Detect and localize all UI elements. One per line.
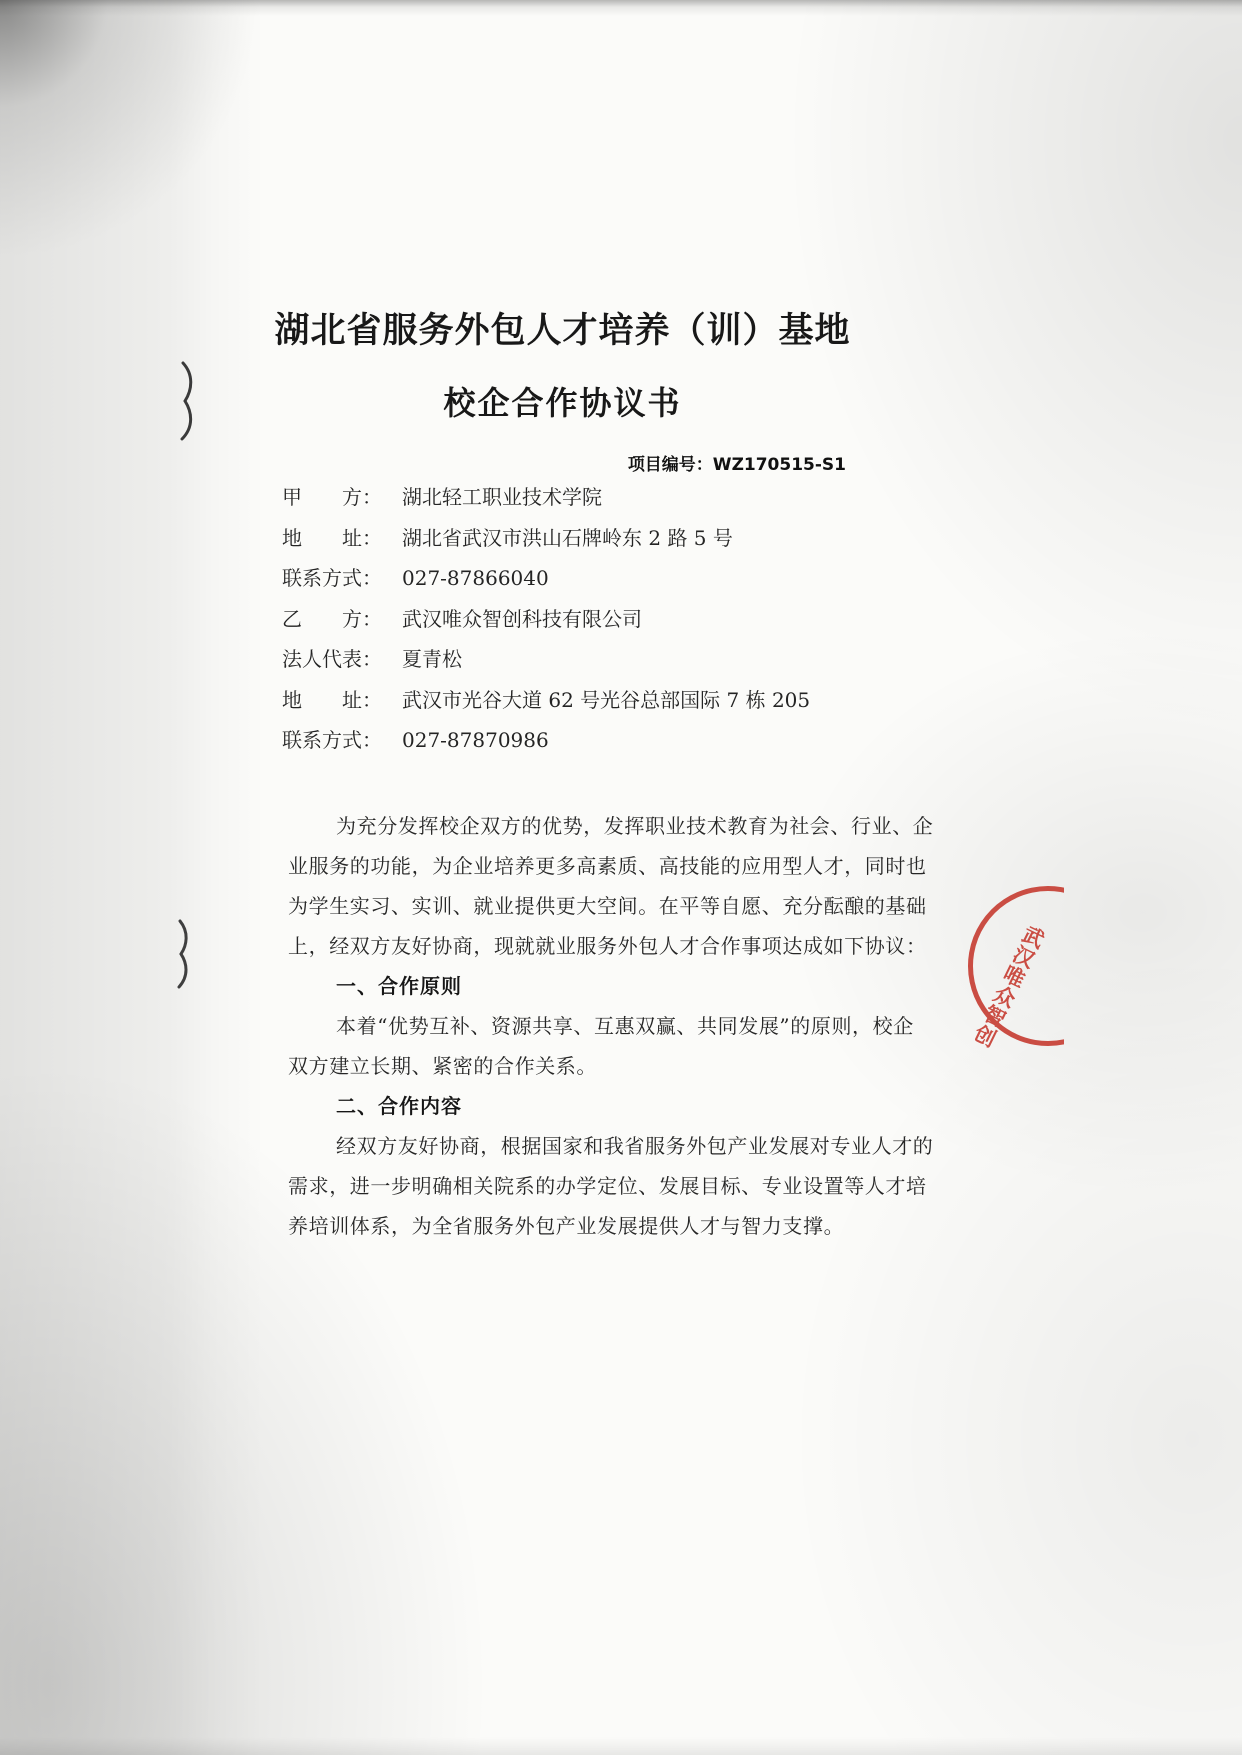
body-line: 为学生实习、实训、就业提供更大空间。在平等自愿、充分酝酿的基础: [288, 886, 920, 926]
section-heading-1: 一、合作原则: [288, 966, 920, 1006]
body-line: 养培训体系，为全省服务外包产业发展提供人才与智力支撑。: [288, 1206, 920, 1246]
party-label: 甲 方：: [282, 482, 382, 512]
party-label: 联系方式：: [282, 725, 382, 755]
body-line: 业服务的功能，为企业培养更多高素质、高技能的应用型人才，同时也: [288, 846, 920, 886]
party-label: 乙 方：: [282, 604, 382, 634]
document-subtitle: 校企合作协议书: [240, 378, 885, 424]
party-label: 地 址：: [282, 523, 382, 553]
party-value: 027-87866040: [402, 566, 549, 590]
party-row-jiafang: 甲 方：湖北轻工职业技术学院: [282, 482, 922, 523]
party-label: 法人代表：: [282, 644, 382, 674]
agreement-body: 为充分发挥校企双方的优势，发挥职业技术教育为社会、行业、企 业服务的功能，为企业…: [288, 806, 920, 1246]
party-value: 武汉市光谷大道 62 号光谷总部国际 7 栋 205: [402, 688, 810, 712]
seal-circle-icon: 武汉唯众智创: [966, 880, 1064, 1052]
party-value: 湖北轻工职业技术学院: [402, 485, 602, 509]
scan-binding-mark: [176, 360, 202, 442]
party-row-address-a: 地 址：湖北省武汉市洪山石牌岭东 2 路 5 号: [282, 523, 922, 564]
document-title: 湖北省服务外包人才培养（训）基地: [240, 303, 885, 353]
party-label: 联系方式：: [282, 563, 382, 593]
seal-text: 武汉唯众智创: [966, 918, 1047, 1050]
party-value: 夏青松: [402, 647, 462, 671]
party-row-yifang: 乙 方：武汉唯众智创科技有限公司: [282, 604, 922, 645]
body-line: 上，经双方友好协商，现就就业服务外包人才合作事项达成如下协议：: [288, 926, 920, 966]
body-line: 经双方友好协商，根据国家和我省服务外包产业发展对专业人才的: [288, 1126, 920, 1166]
party-row-contact-a: 联系方式：027-87866040: [282, 563, 922, 604]
company-seal: 武汉唯众智创: [966, 880, 1064, 1052]
party-row-contact-b: 联系方式：027-87870986: [282, 725, 922, 766]
party-row-legal-rep: 法人代表：夏青松: [282, 644, 922, 685]
body-line: 为充分发挥校企双方的优势，发挥职业技术教育为社会、行业、企: [288, 806, 920, 846]
body-line: 需求，进一步明确相关院系的办学定位、发展目标、专业设置等人才培: [288, 1166, 920, 1206]
body-line: 双方建立长期、紧密的合作关系。: [288, 1046, 920, 1086]
party-row-address-b: 地 址：武汉市光谷大道 62 号光谷总部国际 7 栋 205: [282, 685, 922, 726]
scan-binding-mark: [172, 918, 196, 990]
party-value: 027-87870986: [402, 728, 549, 752]
section-heading-2: 二、合作内容: [288, 1086, 920, 1126]
party-value: 湖北省武汉市洪山石牌岭东 2 路 5 号: [402, 526, 733, 550]
parties-block: 甲 方：湖北轻工职业技术学院 地 址：湖北省武汉市洪山石牌岭东 2 路 5 号 …: [282, 482, 922, 766]
scanned-agreement-page: 湖北省服务外包人才培养（训）基地 校企合作协议书 项目编号：WZ170515-S…: [0, 0, 1242, 1755]
party-value: 武汉唯众智创科技有限公司: [402, 607, 642, 631]
body-line: 本着“优势互补、资源共享、互惠双赢、共同发展”的原则，校企: [288, 1006, 920, 1046]
project-number: 项目编号：WZ170515-S1: [540, 450, 846, 475]
party-label: 地 址：: [282, 685, 382, 715]
